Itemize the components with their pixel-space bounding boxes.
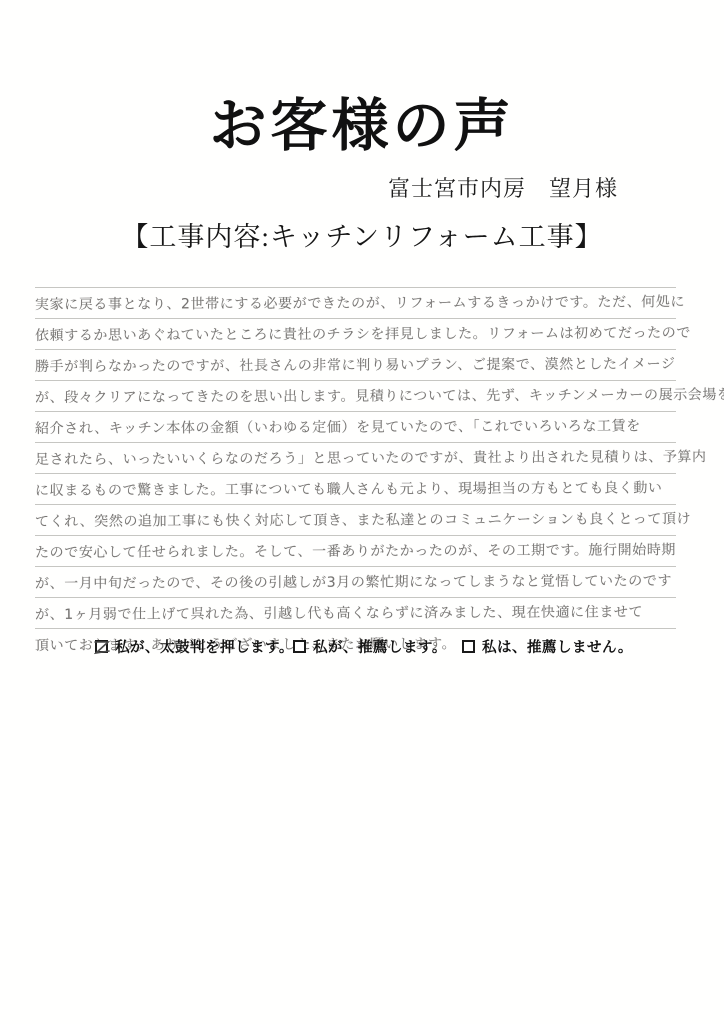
- testimonial-line: が、一月中旬だったので、その後の引越しが3月の繁忙期になってしまうなと覚悟してい…: [35, 566, 676, 597]
- handwritten-text: が、1ヶ月弱で仕上げて呉れた為、引越し代も高くならずに済みました、現在快適に住ま…: [35, 595, 643, 630]
- survey-option-recommend: 私が、推薦します。: [293, 636, 447, 657]
- handwritten-text: が、一月中旬だったので、その後の引越しが3月の繁忙期になってしまうなと覚悟してい…: [35, 564, 672, 599]
- checkbox-stamp-of-approval[interactable]: [95, 640, 108, 653]
- testimonial-line: てくれ、突然の追加工事にも快く対応して頂き、また私達とのコミュニケーションも良く…: [35, 504, 676, 535]
- testimonial-line: 勝手が判らなかったのですが、社長さんの非常に判り易いプラン、ご提案で、漠然とした…: [35, 349, 676, 380]
- survey-option-label: 私が、推薦します。: [313, 636, 447, 657]
- check-mark-icon: [94, 639, 111, 656]
- survey-option-stamp-of-approval: 私が、太鼓判を押します。: [95, 636, 294, 657]
- checkbox-not-recommend[interactable]: [462, 640, 475, 653]
- testimonial-line: 紹介され、キッチン本体の金額（いわゆる定価）を見ていたので、「これでいろいろな工…: [35, 411, 676, 442]
- testimonial-line: に収まるもので驚きました。工事についても職人さんも元より、現場担当の方もとても良…: [35, 473, 676, 504]
- testimonial-line: 足されたら、いったいいくらなのだろう」と思っていたのですが、貴社より出された見積…: [35, 442, 676, 473]
- checkbox-recommend[interactable]: [293, 640, 306, 653]
- handwritten-text: 依頼するか思いあぐねていたところに貴社のチラシを拝見しました。リフォームは初めて…: [35, 316, 691, 351]
- testimonial-line: 依頼するか思いあぐねていたところに貴社のチラシを拝見しました。リフォームは初めて…: [35, 318, 676, 349]
- handwritten-text: 勝手が判らなかったのですが、社長さんの非常に判り易いプラン、ご提案で、漠然とした…: [35, 347, 676, 382]
- survey-option-not-recommend: 私は、推薦しません。: [462, 636, 633, 657]
- testimonial-area: 実家に戻る事となり、2世帯にする必要ができたのが、リフォームするきっかけです。た…: [35, 287, 676, 659]
- customer-name: 富士宮市内房 望月様: [388, 172, 618, 203]
- page-title: お客様の声: [0, 80, 724, 162]
- handwritten-text: 足されたら、いったいいくらなのだろう」と思っていたのですが、貴社より出された見積…: [35, 440, 707, 475]
- project-heading: 【工事内容:キッチンリフォーム工事】: [0, 215, 724, 254]
- handwritten-text: 紹介され、キッチン本体の金額（いわゆる定価）を見ていたので、「これでいろいろな工…: [35, 409, 641, 444]
- testimonial-line: が、1ヶ月弱で仕上げて呉れた為、引越し代も高くならずに済みました、現在快適に住ま…: [35, 597, 676, 628]
- customer-voice-document: お客様の声 富士宮市内房 望月様 【工事内容:キッチンリフォーム工事】 実家に戻…: [0, 0, 724, 1024]
- handwritten-text: に収まるもので驚きました。工事についても職人さんも元より、現場担当の方もとても良…: [35, 471, 663, 506]
- survey-option-label: 私が、太鼓判を押します。: [115, 636, 294, 657]
- handwritten-text: 実家に戻る事となり、2世帯にする必要ができたのが、リフォームするきっかけです。た…: [35, 285, 685, 320]
- handwritten-text: が、段々クリアになってきたのを思い出します。見積りについては、先ず、キッチンメー…: [35, 378, 724, 413]
- handwritten-text: てくれ、突然の追加工事にも快く対応して頂き、また私達とのコミュニケーションも良く…: [35, 502, 691, 537]
- handwritten-text: たので安心して任せられました。そして、一番ありがたかったのが、その工期です。施行…: [35, 533, 676, 568]
- recommendation-survey-row: 私が、太鼓判を押します。 私が、推薦します。 私は、推薦しません。: [0, 636, 724, 660]
- testimonial-line: たので安心して任せられました。そして、一番ありがたかったのが、その工期です。施行…: [35, 535, 676, 566]
- testimonial-line: 実家に戻る事となり、2世帯にする必要ができたのが、リフォームするきっかけです。た…: [35, 287, 676, 318]
- survey-option-label: 私は、推薦しません。: [482, 636, 633, 657]
- testimonial-line: が、段々クリアになってきたのを思い出します。見積りについては、先ず、キッチンメー…: [35, 380, 676, 411]
